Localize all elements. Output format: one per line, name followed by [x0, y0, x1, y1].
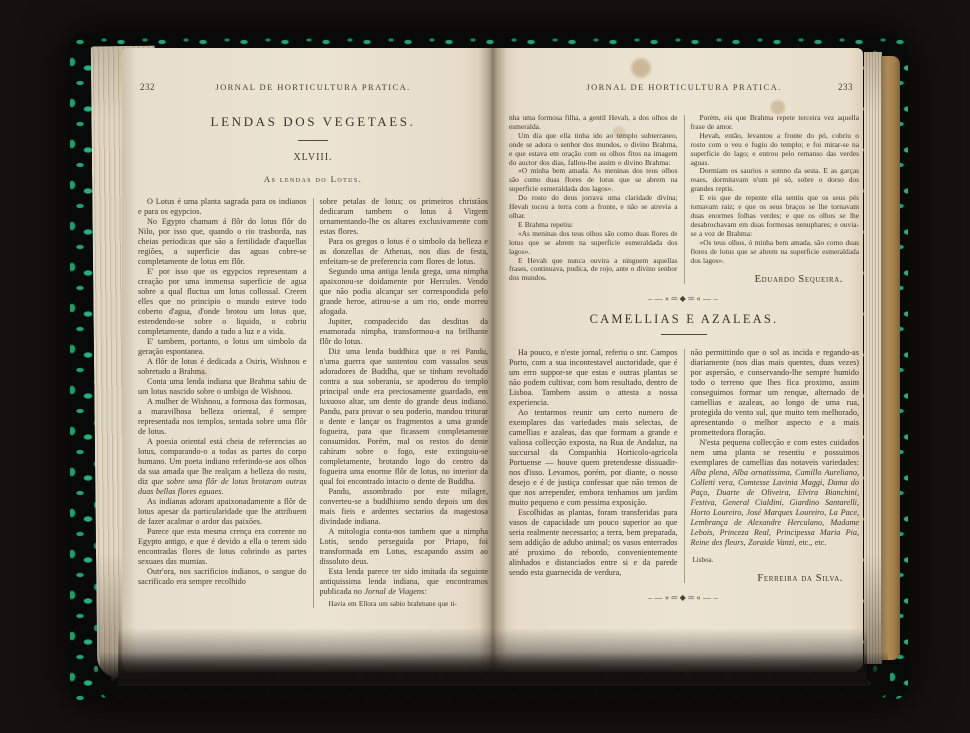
paragraph: Pandu, assombrado por este milagre, conv… — [320, 487, 489, 527]
paragraph: Escolhidas as plantas, foram transferida… — [509, 508, 678, 578]
page-number: 233 — [838, 82, 853, 92]
paragraph: Outr'ora, nos sacrificios indianos, o sa… — [138, 567, 307, 587]
column-2: não permittindo que o sol as incida e re… — [691, 348, 860, 584]
paragraph: Hevah, então, levantou a fronte do pó, c… — [691, 132, 860, 168]
paragraph: nha uma formosa filha, a gentil Hevah, a… — [509, 114, 678, 132]
paragraph: A poesia oriental está cheia de referenc… — [138, 437, 307, 497]
paragraph: Para os gregos o lotus é o simbolo da be… — [320, 237, 489, 267]
page-right: JORNAL DE HORTICULTURA PRATICA. 233 nha … — [493, 48, 863, 672]
photo-background: 232 JORNAL DE HORTICULTURA PRATICA. LEND… — [0, 0, 970, 733]
fore-edge-right — [881, 56, 900, 660]
paragraph: Diz uma lenda buddhica que o rei Pandu, … — [320, 347, 489, 487]
paragraph: E' por isso que os egypcios representam … — [138, 267, 307, 337]
paragraph: A mitologia conta-nos tambem que a nimph… — [320, 527, 489, 567]
book-bottom-shadow — [100, 652, 888, 700]
page-edges-right-stack — [864, 52, 882, 664]
paragraph: Segundo uma antiga lenda grega, uma nimp… — [320, 267, 489, 317]
column-2: sobre petalas de lotus; os primeiros chr… — [320, 197, 489, 609]
column-2: Porém, eis que Brahma repete terceira ve… — [691, 114, 860, 285]
running-title: JORNAL DE HORTICULTURA PRATICA. — [586, 82, 781, 92]
paragraph: E eis que de repente ella sentiu que os … — [691, 194, 860, 239]
paragraph: sobre petalas de lotus; os primeiros chr… — [320, 197, 489, 237]
paragraph: «O minha bem amada. As meninas dos teus … — [509, 167, 678, 194]
column-1: Ha pouco, e n'este jornal, referiu o snr… — [509, 348, 678, 584]
paragraph: No Egypto chamam á flôr do lotus flôr do… — [138, 217, 307, 267]
paragraph: «As meninas dos teus olhos são como duas… — [509, 230, 678, 257]
title-rule — [298, 140, 328, 141]
paragraph: Dormiam os saurios o somno da sesta. E a… — [691, 167, 860, 194]
legend-continuation-columns: nha uma formosa filha, a gentil Hevah, a… — [509, 114, 859, 285]
paragraph: não permittindo que o sol as incida e re… — [691, 348, 860, 438]
text-columns: O Lotus é uma planta sagrada para os ind… — [138, 197, 488, 609]
title-rule — [661, 334, 707, 335]
paragraph-text: N'esta pequena collecção e com estes cui… — [691, 438, 860, 467]
paragraph: «Os teus olhos, ó minha bem amada, são c… — [691, 239, 860, 266]
place-line: Lisboa. — [691, 556, 860, 564]
variety-names-italic: Alba plena, Alba ornatissima, Camillo Au… — [691, 468, 860, 547]
paragraph: As indianas adoram apaixonadamente a flô… — [138, 497, 307, 527]
article-title: LENDAS DOS VEGETAES. — [138, 114, 488, 130]
book-cover-marbled: 232 JORNAL DE HORTICULTURA PRATICA. LEND… — [70, 34, 908, 700]
running-title: JORNAL DE HORTICULTURA PRATICA. — [215, 82, 410, 92]
paragraph: Parece que esta mesma crença era corrent… — [138, 527, 307, 567]
paragraph: Ha pouco, e n'este jornal, referiu o snr… — [509, 348, 678, 408]
paragraph: Ao tentarmos reunir um certo numero de e… — [509, 408, 678, 508]
chapter-number: XLVIII. — [138, 152, 488, 163]
article-title-camellias: CAMELLIAS E AZALEAS. — [509, 312, 859, 327]
paragraph: E' tambem, portanto, o lotus um simbolo … — [138, 337, 307, 357]
ornamental-divider: –—»═◆═«—– — [509, 593, 859, 602]
paragraph: Do rosto do deus jorrava uma claridade d… — [509, 194, 678, 221]
ornamental-divider: –—»═◆═«—– — [509, 294, 859, 303]
paragraph-italic: Jornal de Viagens: — [364, 587, 427, 596]
author-signature: Ferreira da Silva. — [691, 573, 860, 584]
camellias-columns: Ha pouco, e n'este jornal, referiu o snr… — [509, 348, 859, 584]
page-number: 232 — [140, 82, 155, 92]
paragraph: Um dia que ella tinha ido ao templo subt… — [509, 132, 678, 168]
paragraph-italic: que sobre uma flôr de lotus brotaram out… — [138, 477, 307, 496]
open-spread: 232 JORNAL DE HORTICULTURA PRATICA. LEND… — [122, 48, 863, 672]
column-1: nha uma formosa filha, a gentil Hevah, a… — [509, 114, 678, 285]
column-1: O Lotus é uma planta sagrada para os ind… — [138, 197, 307, 609]
page-header-left: 232 JORNAL DE HORTICULTURA PRATICA. — [138, 82, 488, 92]
paragraph: Conta uma lenda indiana que Brahma sahiu… — [138, 377, 307, 397]
page-header-right: JORNAL DE HORTICULTURA PRATICA. 233 — [509, 82, 859, 92]
chapter-subtitle: As lendas do Lotus. — [138, 174, 488, 184]
page-left: 232 JORNAL DE HORTICULTURA PRATICA. LEND… — [122, 48, 493, 672]
author-signature: Eduardo Sequeira. — [691, 274, 860, 285]
paragraph-small: Havia em Ellora um sabio brahmane que ti… — [320, 600, 489, 609]
paragraph: O Lotus é uma planta sagrada para os ind… — [138, 197, 307, 217]
paragraph: Jupiter, compadecido das desditas da ena… — [320, 317, 489, 347]
paragraph: N'esta pequena collecção e com estes cui… — [691, 438, 860, 548]
paragraph: Esta lenda parece ter sido imitada da se… — [320, 567, 489, 597]
paragraph-text: etc., etc. — [796, 538, 826, 547]
paragraph: A flôr de lotus é dedicada a Osiris, Wis… — [138, 357, 307, 377]
paragraph: E Hevah que nunca ouvira a ninguem aquel… — [509, 257, 678, 284]
paragraph: Porém, eis que Brahma repete terceira ve… — [691, 114, 860, 132]
paragraph: A mulher de Wishnou, a formosa das formo… — [138, 397, 307, 437]
